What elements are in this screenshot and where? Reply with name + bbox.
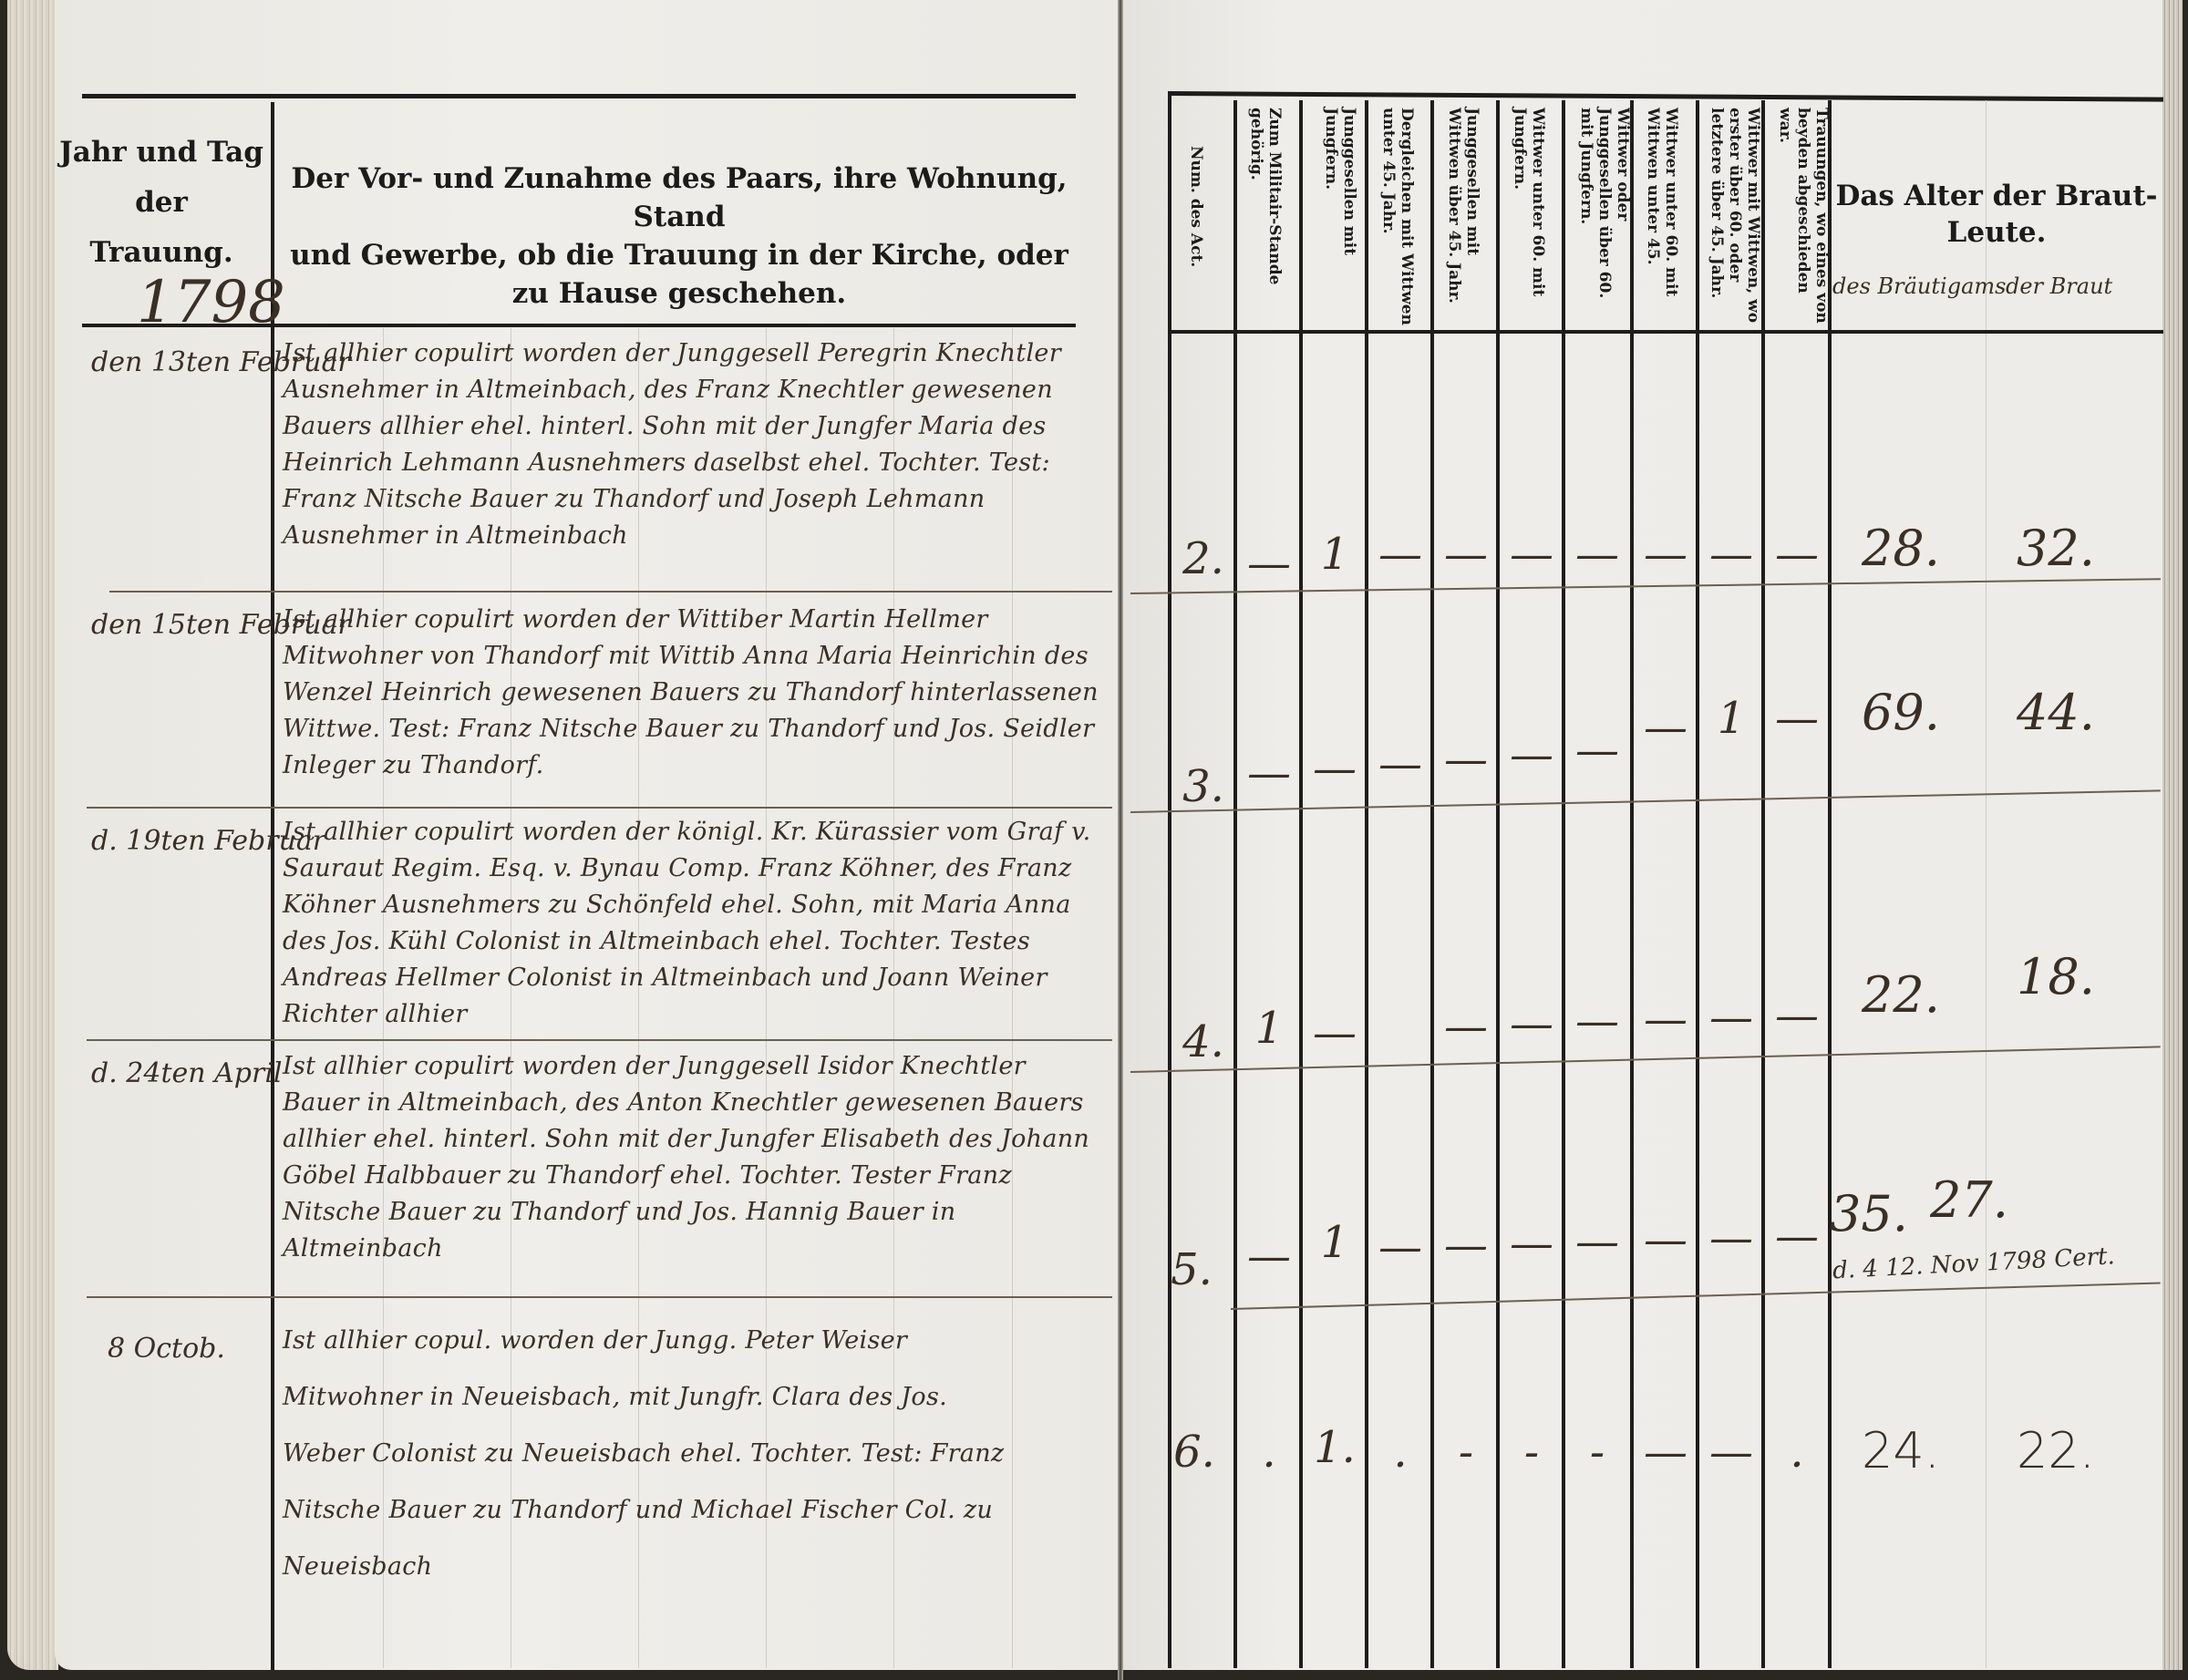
act-number: 6. bbox=[1162, 1427, 1226, 1478]
groom-age: 69. bbox=[1832, 684, 1969, 741]
tally-mark: — bbox=[1237, 747, 1301, 799]
bride-age: 18. bbox=[1987, 948, 2124, 1005]
entry-text: Ist allhier copulirt worden der Junggese… bbox=[283, 335, 1103, 554]
col-header-widower-under-60: Wittwer unter 60. mit Jungfern. bbox=[1511, 108, 1547, 326]
tally-mark: 1 bbox=[1699, 693, 1763, 744]
bride-age: 27. bbox=[1914, 1171, 2024, 1229]
groom-age: 35. bbox=[1814, 1185, 1924, 1242]
tally-mark: — bbox=[1634, 702, 1698, 753]
open-register-book: Jahr und Tag der Trauung. 1798 Der Vor- … bbox=[0, 0, 2188, 1680]
entry-text: Ist allhier copulirt worden der Wittiber… bbox=[283, 602, 1103, 784]
book-gutter bbox=[1118, 0, 1123, 1680]
col-header-widower-widow-over: Wittwer mit Wittwen, wo erster über 60. … bbox=[1708, 108, 1762, 326]
groom-age: 22. bbox=[1832, 966, 1969, 1024]
bride-age: 32. bbox=[1987, 520, 2124, 577]
entry-separator bbox=[87, 1039, 1112, 1041]
tally-mark: — bbox=[1634, 1214, 1698, 1265]
tally-mark: - bbox=[1500, 1427, 1564, 1478]
entry-separator bbox=[87, 807, 1112, 809]
tally-mark: — bbox=[1699, 1212, 1763, 1263]
tally-mark: — bbox=[1368, 738, 1432, 789]
tally-mark: — bbox=[1765, 990, 1829, 1041]
tally-mark: — bbox=[1634, 1427, 1698, 1478]
tally-mark: — bbox=[1765, 529, 1829, 580]
date-column-divider bbox=[271, 102, 274, 1670]
tally-mark: — bbox=[1500, 1218, 1564, 1269]
age-split-rule bbox=[1986, 100, 1987, 1668]
groom-age-subheader: des Bräutigams bbox=[1832, 273, 2006, 299]
entry-separator bbox=[87, 1296, 1112, 1298]
tally-mark: — bbox=[1500, 529, 1564, 580]
tally-mark: — bbox=[1699, 992, 1763, 1043]
tally-mark: — bbox=[1434, 1220, 1498, 1271]
tally-mark: — bbox=[1434, 734, 1498, 785]
tally-mark: 1. bbox=[1303, 1422, 1367, 1473]
tally-mark: — bbox=[1634, 994, 1698, 1045]
tally-mark: . bbox=[1368, 1427, 1432, 1478]
tally-mark: - bbox=[1565, 1427, 1629, 1478]
tally-mark: . bbox=[1765, 1427, 1829, 1478]
groom-age: 28. bbox=[1832, 520, 1969, 577]
act-number: 5. bbox=[1160, 1244, 1223, 1295]
entry-text: Ist allhier copul. worden der Jungg. Pet… bbox=[283, 1313, 1012, 1595]
tally-mark: — bbox=[1303, 1007, 1367, 1058]
tally-mark: — bbox=[1500, 729, 1564, 780]
col-header-widows-over-45: Junggesellen mit Wittwen über 45. Jahr. bbox=[1445, 108, 1481, 326]
col-header-bachelor-maiden: Junggesellen mit Jungfern. bbox=[1322, 108, 1358, 326]
tally-mark: — bbox=[1368, 529, 1432, 580]
tally-mark: - bbox=[1434, 1427, 1498, 1478]
tally-mark: — bbox=[1237, 1231, 1301, 1282]
tally-mark: — bbox=[1237, 538, 1301, 589]
tally-mark: — bbox=[1500, 998, 1564, 1049]
tally-mark: — bbox=[1303, 743, 1367, 794]
tally-mark: — bbox=[1699, 529, 1763, 580]
tally-mark: — bbox=[1434, 1001, 1498, 1052]
groom-age: 24. bbox=[1832, 1422, 1969, 1479]
bride-age-subheader: der Braut bbox=[2006, 273, 2112, 299]
page-edges-left bbox=[7, 0, 58, 1670]
bride-age: 44. bbox=[1987, 684, 2124, 741]
page-edges-right bbox=[2162, 0, 2183, 1670]
tally-mark: 1 bbox=[1237, 1003, 1301, 1054]
entry-date: d. 24ten April bbox=[91, 1057, 283, 1089]
col-header-widows-under-45: Dergleichen mit Wittwen unter 45. Jahr. bbox=[1379, 108, 1416, 326]
tally-mark: — bbox=[1634, 529, 1698, 580]
tally-mark: 1 bbox=[1303, 1217, 1367, 1268]
col-header-over-60: Wittwer oder Junggesellen über 60. mit J… bbox=[1577, 108, 1632, 326]
tally-mark: — bbox=[1434, 529, 1498, 580]
tally-mark: — bbox=[1765, 693, 1829, 744]
register-year: 1798 bbox=[137, 269, 285, 336]
col-header-widower-widow-under-45: Wittwer unter 60. mit Wittwen unter 45. bbox=[1644, 108, 1680, 326]
tally-mark: 1 bbox=[1303, 529, 1367, 580]
tally-mark: — bbox=[1699, 1427, 1763, 1478]
tally-mark: — bbox=[1565, 995, 1629, 1046]
top-rule-left bbox=[82, 94, 1076, 98]
tally-mark: . bbox=[1237, 1427, 1301, 1478]
act-number: 2. bbox=[1171, 533, 1235, 584]
header-bottom-rule-right bbox=[1170, 330, 2163, 334]
age-header: Das Alter der Braut- Leute. bbox=[1832, 178, 2161, 251]
bride-age: 22. bbox=[1987, 1422, 2124, 1479]
tally-mark: — bbox=[1565, 725, 1629, 776]
entry-date: 8 Octob. bbox=[108, 1333, 225, 1365]
tally-mark: — bbox=[1565, 529, 1629, 580]
tally-mark: — bbox=[1368, 1221, 1432, 1273]
act-number: 3. bbox=[1171, 761, 1235, 812]
col-header-military: Zum Militair-Stande gehörig. bbox=[1247, 108, 1284, 326]
entry-text: Ist allhier copulirt worden der königl. … bbox=[283, 814, 1103, 1033]
entry-separator bbox=[109, 591, 1112, 593]
act-number: 4. bbox=[1171, 1016, 1235, 1067]
date-column-header: Jahr und Tag der Trauung. bbox=[57, 128, 266, 278]
entry-text: Ist allhier copulirt worden der Junggese… bbox=[283, 1048, 1103, 1267]
col-header-divorced: Trauungen, wo eines von beyden abgeschie… bbox=[1776, 108, 1831, 326]
col-header-num: Num. des Act. bbox=[1187, 146, 1205, 319]
tally-mark: — bbox=[1565, 1216, 1629, 1267]
names-column-header: Der Vor- und Zunahme des Paars, ihre Woh… bbox=[278, 160, 1080, 313]
